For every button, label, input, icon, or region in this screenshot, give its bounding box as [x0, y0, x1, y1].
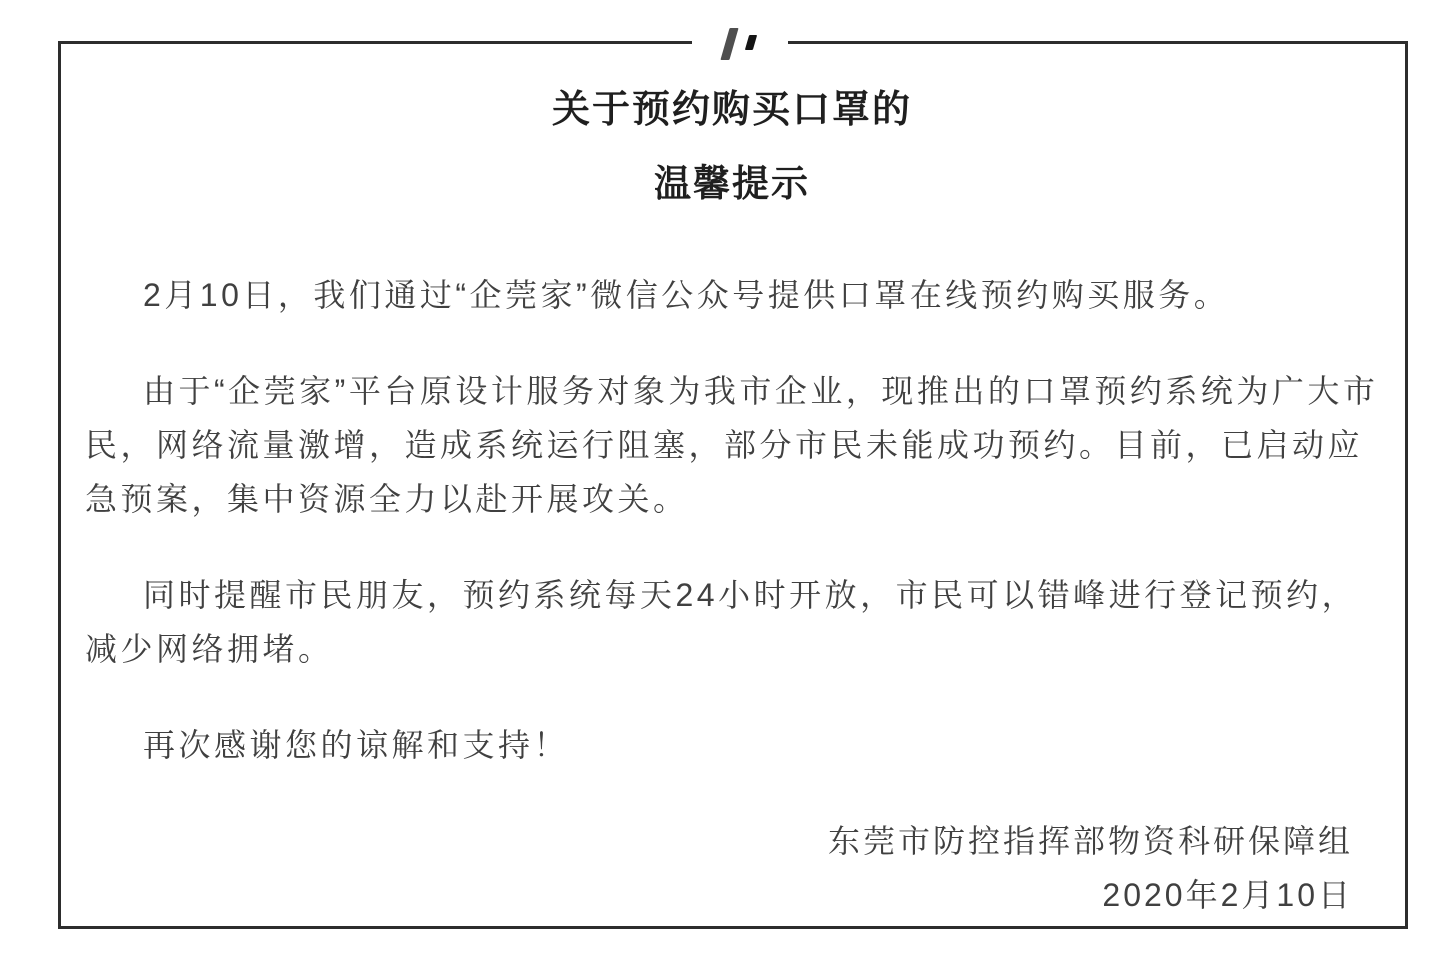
- notice-body: 2月10日，我们通过“企莞家”微信公众号提供口罩在线预约购买服务。 由于“企莞家…: [85, 268, 1379, 772]
- double-slash-logo-icon: [692, 23, 788, 65]
- notice-paragraph-3: 同时提醒市民朋友，预约系统每天24小时开放，市民可以错峰进行登记预约，减少网络拥…: [85, 568, 1379, 676]
- signature-date: 2020年2月10日: [85, 868, 1353, 922]
- notice-frame: 关于预约购买口罩的 温馨提示 2月10日，我们通过“企莞家”微信公众号提供口罩在…: [58, 41, 1408, 929]
- logo-stroke-small: [745, 35, 757, 50]
- signature-org: 东莞市防控指挥部物资科研保障组: [85, 814, 1353, 868]
- signature-block: 东莞市防控指挥部物资科研保障组 2020年2月10日: [85, 814, 1353, 922]
- notice-title-line2: 温馨提示: [85, 162, 1379, 206]
- notice-title-line1: 关于预约购买口罩的: [85, 88, 1379, 134]
- logo-stroke-large: [720, 28, 738, 60]
- notice-page: 关于预约购买口罩的 温馨提示 2月10日，我们通过“企莞家”微信公众号提供口罩在…: [0, 0, 1454, 980]
- notice-paragraph-4: 再次感谢您的谅解和支持！: [85, 718, 1379, 772]
- notice-paragraph-1: 2月10日，我们通过“企莞家”微信公众号提供口罩在线预约购买服务。: [85, 268, 1379, 322]
- notice-paragraph-2: 由于“企莞家”平台原设计服务对象为我市企业，现推出的口罩预约系统为广大市民，网络…: [85, 364, 1379, 526]
